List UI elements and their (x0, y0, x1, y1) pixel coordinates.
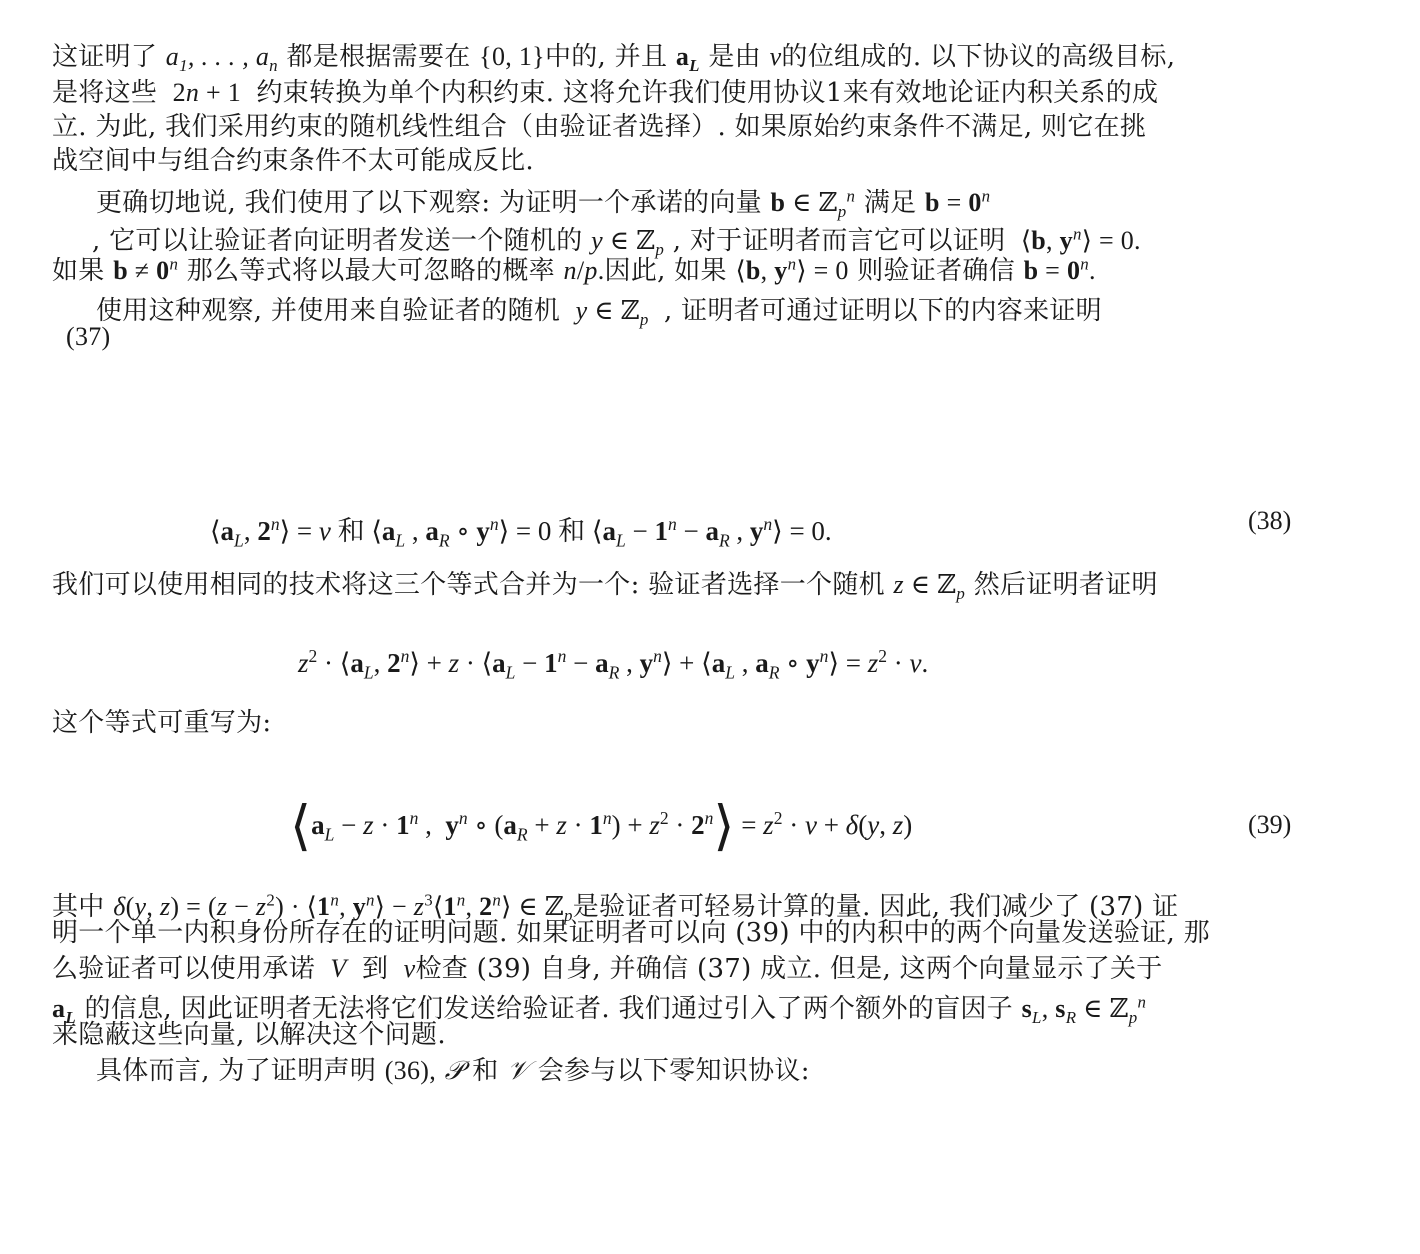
math-b-in-Zpn: b ∈ ℤpn (771, 188, 856, 217)
text: 这证明了 (52, 42, 157, 72)
paragraph-3-line-1: 使用这种观察, 并使用来自验证者的随机 y ∈ ℤp , 证明者可通过证明以下的… (96, 296, 1102, 326)
text: 然后证明者证明 (974, 570, 1158, 600)
text: 具体而言, 为了证明声明 (96, 1056, 376, 1086)
math-b-eq-0n: b = 0n. (1024, 256, 1096, 285)
paragraph-1-line-2: 是将这些 2n + 1 约束转换为单个内积约束. 这将允许我们使用协议1来有效地… (52, 78, 1158, 108)
math-z-in-Zp: z ∈ ℤp (894, 570, 966, 599)
math-inner-b-yn-eq-0: ⟨b, yn⟩ = 0 (735, 256, 848, 285)
text: , 证明者可通过证明以下的内容来证明 (664, 296, 1102, 326)
paragraph-6-line-5: 来隐蔽这些向量, 以解决这个问题. (52, 1020, 446, 1050)
text: 么验证者可以使用承诺 (52, 954, 315, 984)
math-b-neq-0n: b ≠ 0n (113, 256, 178, 285)
math-V: V (324, 954, 354, 983)
equation-combined: z2 · ⟨aL, 2n⟩ + z · ⟨aL − 1n − aR , yn⟩ … (298, 646, 928, 680)
math-v: v (770, 42, 782, 71)
text: 中的, 并且 (545, 42, 667, 72)
paragraph-6-line-2: 明一个单一内积身份所存在的证明问题. 如果证明者可以向 (39) 中的内积中的两… (52, 918, 1210, 948)
math-2n-plus-1: 2n + 1 (166, 78, 248, 107)
math-aL: aL (676, 42, 700, 71)
text: 检查 (39) 自身, 并确信 (37) 成立. 但是, 这两个向量显示了关于 (416, 954, 1163, 984)
math-set-01: {0, 1} (479, 42, 545, 71)
math-prover-P: 𝒫 (445, 1056, 464, 1085)
text: 使用这种观察, 并使用来自验证者的随机 (96, 296, 560, 326)
text: 和 (472, 1056, 498, 1086)
math-aL: aL (52, 994, 76, 1023)
math-verifier-V: 𝒱 (507, 1056, 529, 1085)
paragraph-2-line-1: 更确切地说, 我们使用了以下观察: 为证明一个承诺的向量 b ∈ ℤpn 满足 … (96, 188, 990, 218)
text: 和 (338, 516, 365, 547)
text: 会参与以下零知识协议: (538, 1056, 810, 1086)
equation-ref-36: (36), (385, 1056, 436, 1085)
math-delta-definition: δ(y, z) = (z − z2) · ⟨1n, yn⟩ − z3⟨1n, 2… (113, 892, 573, 921)
math-v: v (397, 954, 416, 983)
paragraph-2-line-3: 如果 b ≠ 0n 那么等式将以最大可忽略的概率 n/p.因此, 如果 ⟨b, … (52, 256, 1096, 286)
text: 的位组成的. 以下协议的高级目标, (781, 42, 1175, 72)
paragraph-4-line-1: 我们可以使用相同的技术将这三个等式合并为一个: 验证者选择一个随机 z ∈ ℤp… (52, 570, 1158, 600)
paragraph-2-line-2: , 它可以让验证者向证明者发送一个随机的 y ∈ ℤp , 对于证明者而言它可以… (92, 226, 1141, 256)
paragraph-5-line-1: 这个等式可重写为: (52, 708, 271, 738)
equation-number-39: (39) (1248, 810, 1291, 840)
text: 如果 (52, 256, 105, 286)
text: 那么等式将以最大可忽略的概率 (187, 256, 555, 286)
text: 是由 (708, 42, 761, 72)
text: 都是根据需要在 (286, 42, 470, 72)
text: 因此, 如果 (605, 256, 727, 286)
paragraph-6-line-3: 么验证者可以使用承诺 V 到 v检查 (39) 自身, 并确信 (37) 成立.… (52, 954, 1163, 984)
paragraph-1-line-3: 立. 为此, 我们采用约束的随机线性组合（由验证者选择）. 如果原始约束条件不满… (52, 112, 1146, 142)
text: 和 (558, 516, 585, 547)
text: 约束转换为单个内积约束. 这将允许我们使用协议1来有效地论证内积关系的成 (256, 78, 1158, 108)
text: 更确切地说, 我们使用了以下观察: 为证明一个承诺的向量 (96, 188, 762, 218)
math-y-in-Zp: y ∈ ℤp (569, 296, 656, 325)
equation-number-38: (38) (1248, 506, 1291, 536)
paragraph-1-line-1: 这证明了 a1, . . . , an 都是根据需要在 {0, 1}中的, 并且… (52, 42, 1175, 72)
math-n-over-p: n/p. (564, 256, 605, 285)
text: 到 (362, 954, 388, 984)
equation-38: ⟨aL, 2n⟩ = v 和 ⟨aL , aR ∘ yn⟩ = 0 和 ⟨aL … (210, 514, 832, 549)
paragraph-7-line-1: 具体而言, 为了证明声明 (36), 𝒫 和 𝒱 会参与以下零知识协议: (96, 1056, 810, 1086)
text: 是将这些 (52, 78, 157, 108)
math-b-eq-0n: b = 0n (925, 188, 990, 217)
text: 满足 (864, 188, 917, 218)
text: , 它可以让验证者向证明者发送一个随机的 (92, 226, 583, 256)
math-sL-sR-in-Zpn: sL, sR ∈ ℤpn (1022, 994, 1147, 1023)
math-a-sequence: a1, . . . , an (166, 42, 278, 71)
math-inner-b-yn-eq-0: ⟨b, yn⟩ = 0. (1014, 226, 1141, 255)
text: 我们可以使用相同的技术将这三个等式合并为一个: 验证者选择一个随机 (52, 570, 885, 600)
paragraph-1-line-4: 战空间中与组合约束条件不太可能成反比. (52, 146, 534, 176)
text: 则验证者确信 (857, 256, 1015, 286)
text: , 对于证明者而言它可以证明 (673, 226, 1006, 256)
equation-39: ⟨aL − z · 1n , yn ∘ (aR + z · 1n) + z2 ·… (290, 808, 912, 842)
math-y-in-Zp: y ∈ ℤp (591, 226, 664, 255)
equation-ref-37: (37) (66, 322, 111, 352)
